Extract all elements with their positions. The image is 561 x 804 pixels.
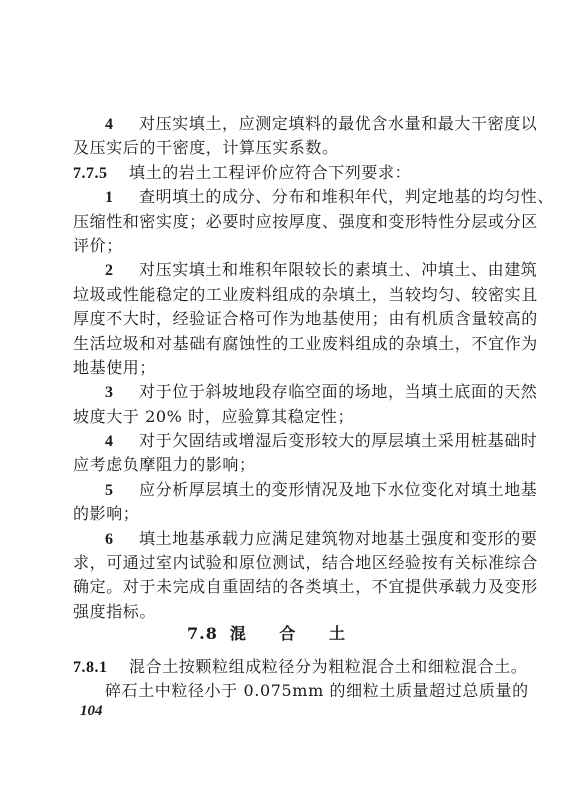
text-line: 碎石土中粒径小于 0.075mm 的细粒土质量超过总质量的 xyxy=(73,679,473,703)
item-3-line: 3对于位于斜坡地段存临空面的场地，当填土底面的天然 xyxy=(73,380,473,404)
text-line: 评价； xyxy=(73,234,473,258)
clause-number: 7.8.1 xyxy=(73,656,129,680)
text-line: 地基使用； xyxy=(73,356,473,380)
clause-7-7-5: 7.7.5填土的岩土工程评价应符合下列要求： xyxy=(73,161,473,185)
item-4-line: 4对压实填土，应测定填料的最优含水量和最大干密度以 xyxy=(73,112,473,136)
item-5-line: 5应分析厚层填土的变形情况及地下水位变化对填土地基 xyxy=(73,478,473,502)
item-number: 4 xyxy=(105,113,139,137)
item-number: 5 xyxy=(105,479,139,503)
text-line: 应考虑负摩阻力的影响； xyxy=(73,453,473,477)
text-line: 压缩性和密实度；必要时应按厚度、强度和变形特性分层或分区 xyxy=(73,210,473,234)
item-number: 2 xyxy=(105,259,139,283)
clause-7-8-1: 7.8.1混合土按颗粒组成粒径分为粗粒混合土和细粒混合土。 xyxy=(73,655,473,679)
item-number: 1 xyxy=(105,186,139,210)
item-6-line: 6填土地基承载力应满足建筑物对地基土强度和变形的要 xyxy=(73,527,473,551)
item-2-line: 2对压实填土和堆积年限较长的素填土、冲填土、由建筑 xyxy=(73,258,473,282)
item-number: 3 xyxy=(105,381,139,405)
text-line: 的影响； xyxy=(73,502,473,526)
item-1-line: 1查明填土的成分、分布和堆积年代，判定地基的均匀性、 xyxy=(73,185,473,209)
section-body: 7.8.1混合土按颗粒组成粒径分为粗粒混合土和细粒混合土。 碎石土中粒径小于 0… xyxy=(73,655,473,704)
item-number: 4 xyxy=(105,430,139,454)
text-line: 生活垃圾和对基础有腐蚀性的工业废料组成的杂填土，不宜作为 xyxy=(73,332,473,356)
text-line: 坡度大于 20% 时，应验算其稳定性； xyxy=(73,405,473,429)
section-heading: 7.8混 合 土 xyxy=(73,621,473,644)
item-4-line: 4对于欠固结或增湿后变形较大的厚层填土采用桩基础时 xyxy=(73,429,473,453)
clause-number: 7.7.5 xyxy=(73,162,129,186)
item-number: 6 xyxy=(105,528,139,552)
section-title: 混 合 土 xyxy=(230,624,359,643)
text-line: 厚度不大时，经验证合格可作为地基使用；由有机质含量较高的 xyxy=(73,307,473,331)
text-line: 垃圾或性能稳定的工业废料组成的杂填土，当较均匀、较密实且 xyxy=(73,283,473,307)
section-number: 7.8 xyxy=(187,624,218,643)
text-line: 求，可通过室内试验和原位测试，结合地区经验按有关标准综合 xyxy=(73,551,473,575)
page-number: 104 xyxy=(80,703,103,720)
text-line: 确定。对于未完成自重固结的各类填土，不宜提供承载力及变形 xyxy=(73,575,473,599)
document-body: 4对压实填土，应测定填料的最优含水量和最大干密度以 及压实后的干密度，计算压实系… xyxy=(73,112,473,624)
text-line: 及压实后的干密度，计算压实系数。 xyxy=(73,136,473,160)
